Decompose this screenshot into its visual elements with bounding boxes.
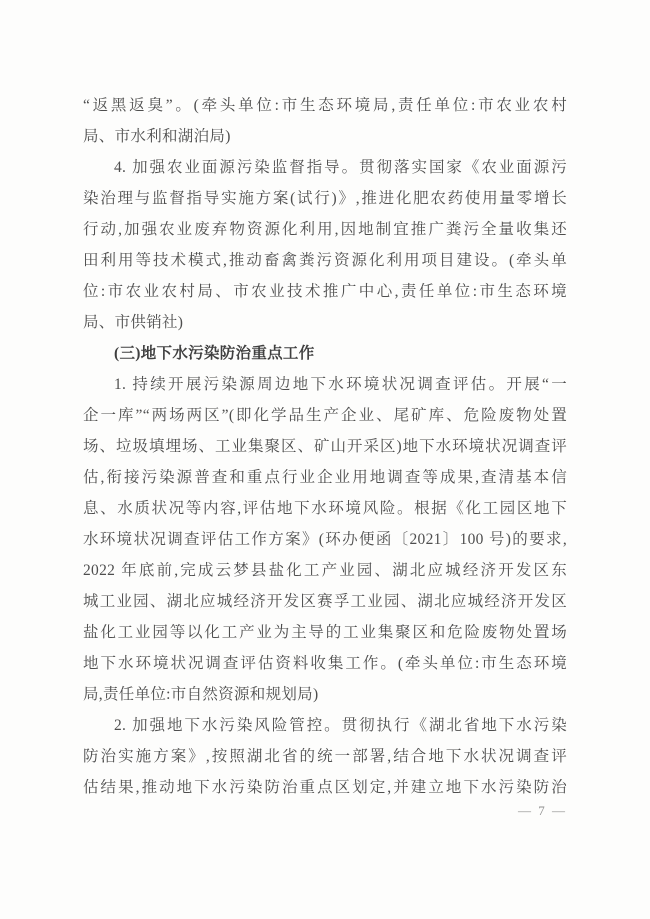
- text-line: 2022 年底前,完成云梦县盐化工产业园、湖北应城经济开发区东: [83, 555, 567, 586]
- text-line: 局、市供销社): [83, 307, 567, 338]
- page-footer: — 7 —: [0, 803, 567, 819]
- text-line: 水环境状况调查评估工作方案》(环办便函〔2021〕100 号)的要求,: [83, 524, 567, 555]
- text-line: 位:市农业农村局、市农业技术推广中心,责任单位:市生态环境: [83, 276, 567, 307]
- document-page: “返黑返臭”。(牵头单位:市生态环境局,责任单位:市农业农村局、市水利和湖泊局)…: [0, 0, 650, 919]
- text-line: 行动,加强农业废弃物资源化利用,因地制宜推广粪污全量收集还: [83, 214, 567, 245]
- text-line: “返黑返臭”。(牵头单位:市生态环境局,责任单位:市农业农村: [83, 90, 567, 121]
- text-line: 企一库”“两场两区”(即化学品生产企业、尾矿库、危险废物处置: [83, 400, 567, 431]
- text-line: 1. 持续开展污染源周边地下水环境状况调查评估。开展“一: [83, 369, 567, 400]
- text-line: 场、垃圾填埋场、工业集聚区、矿山开采区)地下水环境状况调查评: [83, 431, 567, 462]
- text-line: 息、水质状况等内容,评估地下水环境风险。根据《化工园区地下: [83, 493, 567, 524]
- text-line: 盐化工业园等以化工产业为主导的工业集聚区和危险废物处置场: [83, 617, 567, 648]
- text-line: 局,责任单位:市自然资源和规划局): [83, 679, 567, 710]
- text-line: 防治实施方案》,按照湖北省的统一部署,结合地下水状况调查评: [83, 741, 567, 772]
- section-heading: (三)地下水污染防治重点工作: [83, 338, 567, 369]
- text-line: 地下水环境状况调查评估资料收集工作。(牵头单位:市生态环境: [83, 648, 567, 679]
- text-line: 染治理与监督指导实施方案(试行)》,推进化肥农药使用量零增长: [83, 183, 567, 214]
- text-line: 估结果,推动地下水污染防治重点区划定,并建立地下水污染防治: [83, 772, 567, 803]
- text-line: 田利用等技术模式,推动畜禽粪污资源化利用项目建设。(牵头单: [83, 245, 567, 276]
- page-number-label: — 7 —: [518, 803, 567, 818]
- text-line: 估,衔接污染源普查和重点行业企业用地调查等成果,查清基本信: [83, 462, 567, 493]
- text-block: “返黑返臭”。(牵头单位:市生态环境局,责任单位:市农业农村局、市水利和湖泊局)…: [83, 90, 567, 803]
- text-line: 2. 加强地下水污染风险管控。贯彻执行《湖北省地下水污染: [83, 710, 567, 741]
- text-line: 4. 加强农业面源污染监督指导。贯彻落实国家《农业面源污: [83, 152, 567, 183]
- text-line: 城工业园、湖北应城经济开发区赛孚工业园、湖北应城经济开发区: [83, 586, 567, 617]
- text-line: 局、市水利和湖泊局): [83, 121, 567, 152]
